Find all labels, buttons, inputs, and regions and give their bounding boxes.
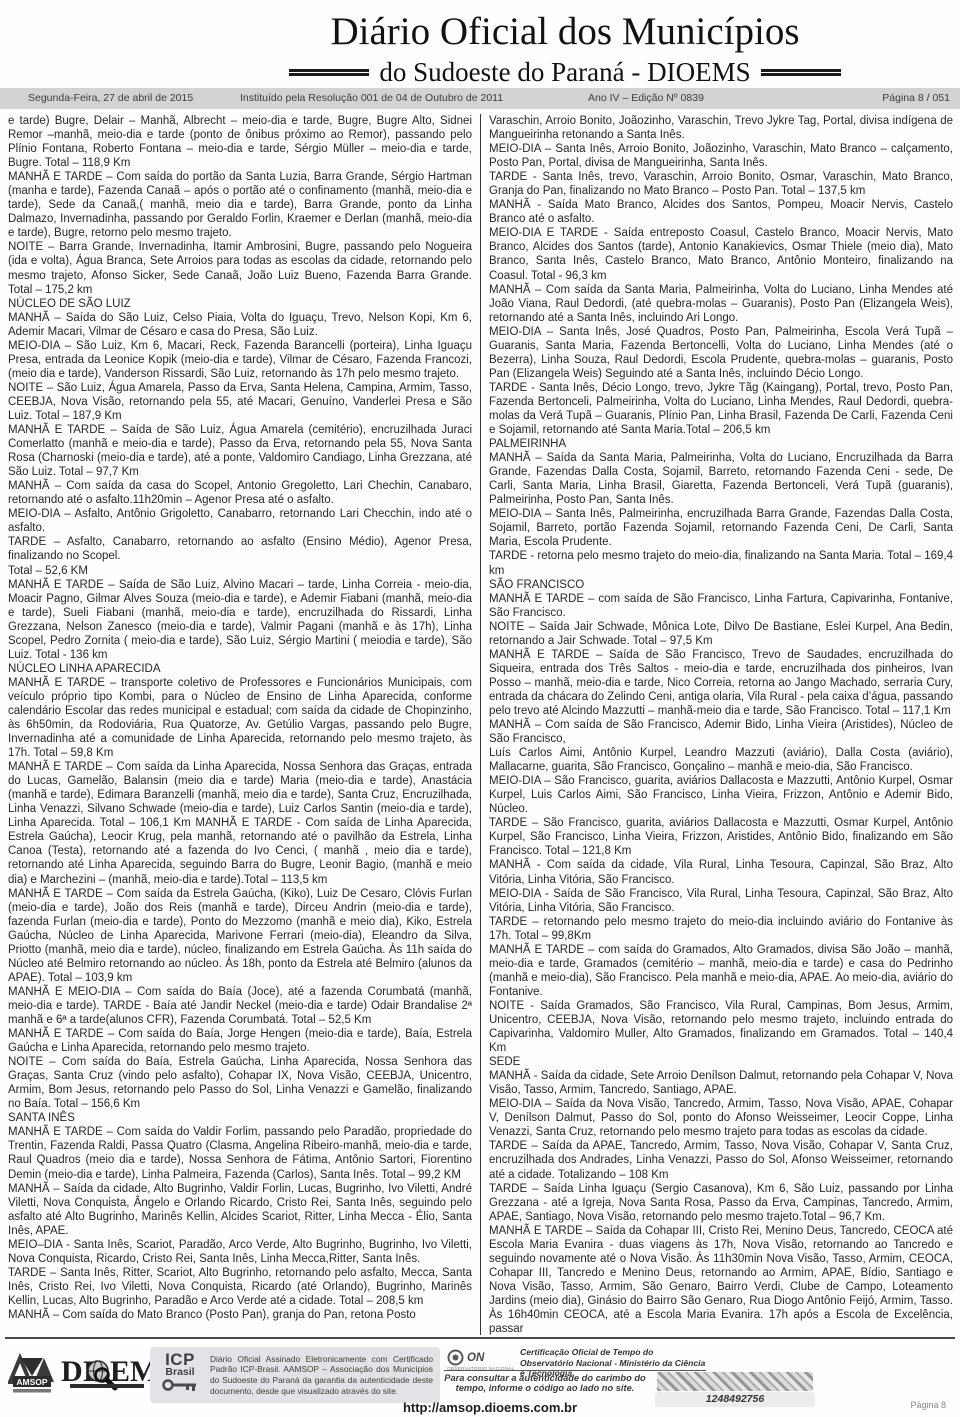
- route-paragraph: MANHÃ – Saída da Santa Maria, Palmeirinh…: [489, 451, 953, 507]
- route-paragraph: NOITE – Saída Jair Schwade, Mônica Lote,…: [489, 620, 953, 648]
- on-logo-row: ON: [447, 1349, 513, 1366]
- route-paragraph: MANHÃ – Saída do São Luiz, Celso Piaia, …: [8, 311, 472, 339]
- route-paragraph: PALMEIRINHA: [489, 437, 953, 451]
- route-paragraph: TARDE - retorna pelo mesmo trajeto do me…: [489, 549, 953, 577]
- route-paragraph: MANHÃ E TARDE – Com saída do Valdir Forl…: [8, 1125, 472, 1181]
- page-number-label: Página 8: [910, 1400, 946, 1410]
- amsop-logo: AMSOP: [8, 1350, 56, 1405]
- route-paragraph: MANHÃ E TARDE – com saída de São Francis…: [489, 592, 953, 620]
- route-paragraph: NOITE - Saída Gramados, São Francisco, V…: [489, 999, 953, 1055]
- route-paragraph: TARDE - Santa Inês, Décio Longo, trevo, …: [489, 381, 953, 437]
- footer-rule: [5, 1337, 955, 1339]
- route-paragraph: Luís Carlos Aimi, Antônio Kurpel, Leandr…: [489, 746, 953, 774]
- route-paragraph: TARDE – Saída da APAE, Tancredo, Armim, …: [489, 1139, 953, 1181]
- route-paragraph: e tarde) Bugre, Delair – Manhã, Albrecht…: [8, 114, 472, 170]
- route-paragraph: NÚCLEO LINHA APARECIDA: [8, 662, 472, 676]
- route-paragraph: TARDE – São Francisco, guarita, aviários…: [489, 816, 953, 858]
- route-paragraph: MANHÃ E TARDE – Saída de São Luiz, Alvin…: [8, 578, 472, 662]
- route-paragraph: MANHÃ E TARDE – Com saída da Linha Apare…: [8, 760, 472, 886]
- on-logo-text: ON: [467, 1352, 484, 1364]
- route-paragraph: NOITE – Barra Grande, Invernadinha, Itam…: [8, 240, 472, 296]
- route-paragraph: MEIO–DIA - Santa Inês, Scariot, Paradão,…: [8, 1238, 472, 1266]
- route-paragraph: MEIO-DIA – Saída da Nova Visão, Tancredo…: [489, 1097, 953, 1139]
- route-paragraph: TARDE – Saída Linha Iguaçu (Sergio Casan…: [489, 1182, 953, 1224]
- route-paragraph: MANHÃ E MEIO-DIA – Com saída do Baía (Jo…: [8, 985, 472, 1027]
- route-paragraph: SEDE: [489, 1055, 953, 1069]
- route-paragraph: MEIO-DIA - Saída de São Francisco, Vila …: [489, 887, 953, 915]
- gazette-page: Diário Oficial dos Municípios do Sudoest…: [0, 0, 960, 1417]
- authenticity-instructions: Para consultar a autenticidade do carimb…: [444, 1373, 646, 1393]
- route-paragraph: MANHÃ – Com saída da casa do Scopel, Ant…: [8, 479, 472, 507]
- route-paragraph: MANHÃ – Com saída da Santa Maria, Palmei…: [489, 283, 953, 325]
- route-paragraph: MEIO-DIA – Asfalto, Antônio Grigoletto, …: [8, 507, 472, 535]
- text-columns: e tarde) Bugre, Delair – Manhã, Albrecht…: [8, 114, 954, 1335]
- page-title: Diário Oficial dos Municípios: [160, 10, 960, 54]
- route-paragraph: TARDE – Asfalto, Canabarro, retornando a…: [8, 535, 472, 563]
- timestamp-code: 1248492756: [655, 1392, 815, 1407]
- timestamp-barcode: [657, 1372, 813, 1391]
- route-paragraph: MANHÃ - Saída Mato Branco, Alcides dos S…: [489, 198, 953, 226]
- right-column: Varaschin, Arroio Bonito, Joãozinho, Var…: [489, 114, 953, 1335]
- route-paragraph: TARDE - Santa Inês, trevo, Varaschin, Ar…: [489, 170, 953, 198]
- left-column: e tarde) Bugre, Delair – Manhã, Albrecht…: [8, 114, 472, 1335]
- route-paragraph: MANHÃ – Com saída de São Francisco, Adem…: [489, 718, 953, 746]
- masthead: Diário Oficial dos Municípios do Sudoest…: [160, 10, 960, 88]
- route-paragraph: TARDE – retornando pelo mesmo trajeto do…: [489, 915, 953, 943]
- route-paragraph: MANHÃ E TARDE – Saída da Cohapar III, Cr…: [489, 1224, 953, 1335]
- route-paragraph: MANHÃ E TARDE – Saída de São Luiz, Água …: [8, 423, 472, 479]
- route-paragraph: NÚCLEO DE SÃO LUIZ: [8, 297, 472, 311]
- route-paragraph: TARDE – Santa Inês, Ritter, Scariot, Alt…: [8, 1266, 472, 1308]
- icp-certificate-panel: ICP Brasil Diário Oficial Assinado Eletr…: [150, 1347, 440, 1403]
- icp-logo-subtext: Brasil: [157, 1367, 203, 1378]
- route-paragraph: MANHÃ E TARDE – Saída de São Francisco, …: [489, 648, 953, 718]
- route-paragraph: MANHÃ - Com saída da cidade, Vila Rural,…: [489, 858, 953, 886]
- key-icon: [162, 1378, 198, 1393]
- meta-bar: Segunda-Feira, 27 de abril de 2015 Insti…: [0, 88, 960, 109]
- on-ring-icon: [447, 1349, 464, 1366]
- gazette-url[interactable]: http://amsop.dioems.com.br: [365, 1400, 615, 1415]
- column-divider: [480, 114, 481, 1335]
- route-paragraph: MEIO-DIA E TARDE - Saída entreposto Coas…: [489, 226, 953, 282]
- route-paragraph: MANHÃ – Saída da cidade, Alto Bugrinho, …: [8, 1182, 472, 1238]
- icp-certificate-text: Diário Oficial Assinado Eletronicamente …: [210, 1354, 433, 1396]
- dioems-logo-icon: DI EMS: [60, 1354, 152, 1394]
- decorative-double-rule-right: [761, 69, 841, 76]
- route-paragraph: SANTA INÊS: [8, 1111, 472, 1125]
- route-paragraph: MEIO-DIA – Santa Inês, Arroio Bonito, Jo…: [489, 142, 953, 170]
- amsop-logo-icon: AMSOP: [8, 1350, 56, 1400]
- route-paragraph: MEIO-DIA – São Luiz, Km 6, Macari, Reck,…: [8, 339, 472, 381]
- route-paragraph: MEIO-DIA – Santa Inês, Palmeirinha, encr…: [489, 507, 953, 549]
- icp-brasil-logo: ICP Brasil: [157, 1352, 203, 1398]
- route-paragraph: Varaschin, Arroio Bonito, Joãozinho, Var…: [489, 114, 953, 142]
- footer-separator-line: [444, 1370, 706, 1371]
- route-paragraph: MEIO-DIA – Santa Inês, José Quadros, Pos…: [489, 325, 953, 381]
- observatorio-nacional-logo: ON OBSERVATÓRIO NACIONAL: [447, 1349, 513, 1372]
- meta-edition: Ano IV – Edição Nº 0839: [588, 88, 704, 109]
- route-paragraph: NOITE – São Luiz, Água Amarela, Passo da…: [8, 381, 472, 423]
- meta-page-number: Página 8 / 051: [882, 88, 950, 109]
- page-subtitle: do Sudoeste do Paraná - DIOEMS: [379, 57, 750, 88]
- route-paragraph: MANHÃ E TARDE – Com saída do portão da S…: [8, 170, 472, 240]
- svg-text:EMS: EMS: [110, 1355, 152, 1388]
- subtitle-row: do Sudoeste do Paraná - DIOEMS: [160, 57, 960, 88]
- route-paragraph: MANHÃ E TARDE – transporte coletivo de P…: [8, 676, 472, 760]
- decorative-double-rule-left: [289, 69, 369, 76]
- icp-logo-text: ICP: [157, 1352, 203, 1367]
- route-paragraph: MANHÃ E TARDE – Com saída do Baía, Jorge…: [8, 1027, 472, 1055]
- meta-resolution: Instituído pela Resolução 001 de 04 de O…: [240, 88, 503, 109]
- meta-date: Segunda-Feira, 27 de abril de 2015: [28, 88, 193, 109]
- route-paragraph: MANHÃ - Saída da cidade, Sete Arroio Den…: [489, 1069, 953, 1097]
- svg-text:AMSOP: AMSOP: [16, 1377, 48, 1387]
- route-paragraph: Total – 52,6 KM: [8, 564, 472, 578]
- route-paragraph: NOITE – Com saída do Baía, Estrela Gaúch…: [8, 1055, 472, 1111]
- route-paragraph: SÃO FRANCISCO: [489, 578, 953, 592]
- route-paragraph: MANHÃ E TARDE – com saída do Gramados, A…: [489, 943, 953, 999]
- route-paragraph: MANHÃ – Com saída do Mato Branco (Posto …: [8, 1308, 472, 1322]
- route-paragraph: MEIO-DIA – São Francisco, guarita, aviár…: [489, 774, 953, 816]
- dioems-logo: DI EMS: [60, 1354, 152, 1399]
- route-paragraph: MANHÃ E TARDE – Com saída da Estrela Gaú…: [8, 887, 472, 985]
